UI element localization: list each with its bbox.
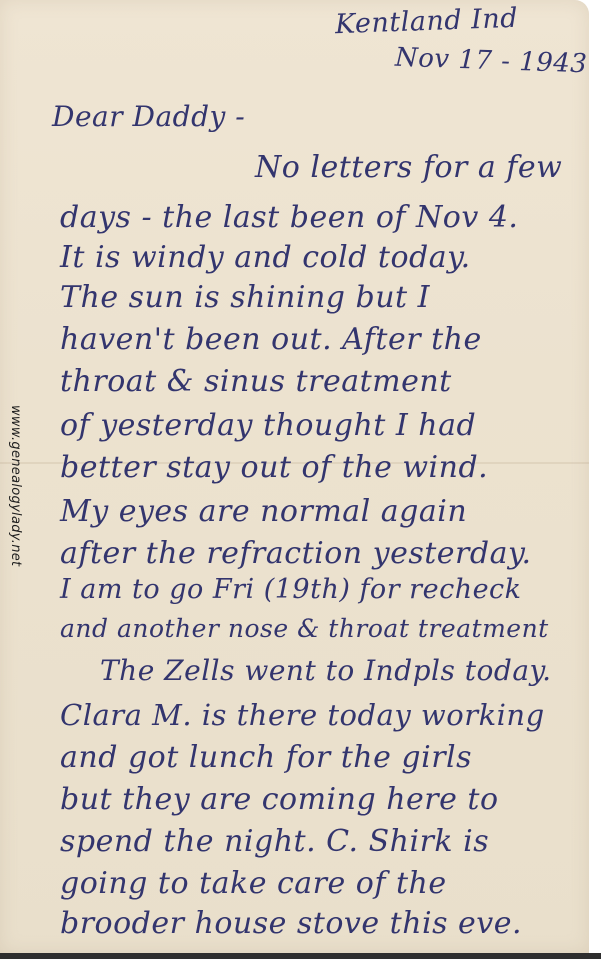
- letter-line: haven't been out. After the: [60, 322, 482, 357]
- letter-salutation: Dear Daddy -: [52, 100, 245, 133]
- letter-sheet: Kentland Ind Nov 17 - 1943 Dear Daddy - …: [0, 0, 589, 953]
- letter-line: The Zells went to Indpls today.: [100, 654, 552, 687]
- letter-line: Clara M. is there today working: [60, 698, 545, 732]
- letter-line: spend the night. C. Shirk is: [60, 824, 489, 859]
- letter-line: My eyes are normal again: [60, 494, 467, 529]
- letter-line: and another nose & throat treatment: [60, 614, 549, 643]
- letter-line: throat & sinus treatment: [60, 364, 452, 399]
- letter-line: and got lunch for the girls: [60, 740, 472, 775]
- letter-place: Kentland Ind: [335, 3, 519, 40]
- letter-line: No letters for a few: [255, 150, 562, 185]
- letter-line: after the refraction yesterday.: [60, 536, 531, 571]
- letter-line: brooder house stove this eve.: [60, 906, 522, 941]
- letter-line: better stay out of the wind.: [60, 450, 488, 485]
- letter-line: It is windy and cold today.: [60, 240, 471, 275]
- scanned-letter: Kentland Ind Nov 17 - 1943 Dear Daddy - …: [0, 0, 601, 959]
- letter-line: but they are coming here to: [60, 782, 499, 817]
- letter-line: days - the last been of Nov 4.: [60, 200, 518, 235]
- watermark: www.genealogylady.net: [8, 405, 23, 566]
- letter-line: I am to go Fri (19th) for recheck: [60, 574, 522, 605]
- letter-line: The sun is shining but I: [60, 280, 430, 315]
- scan-bottom-edge: [0, 953, 601, 959]
- letter-line: of yesterday thought I had: [60, 408, 476, 443]
- letter-date: Nov 17 - 1943: [395, 43, 588, 80]
- letter-line: going to take care of the: [60, 866, 447, 901]
